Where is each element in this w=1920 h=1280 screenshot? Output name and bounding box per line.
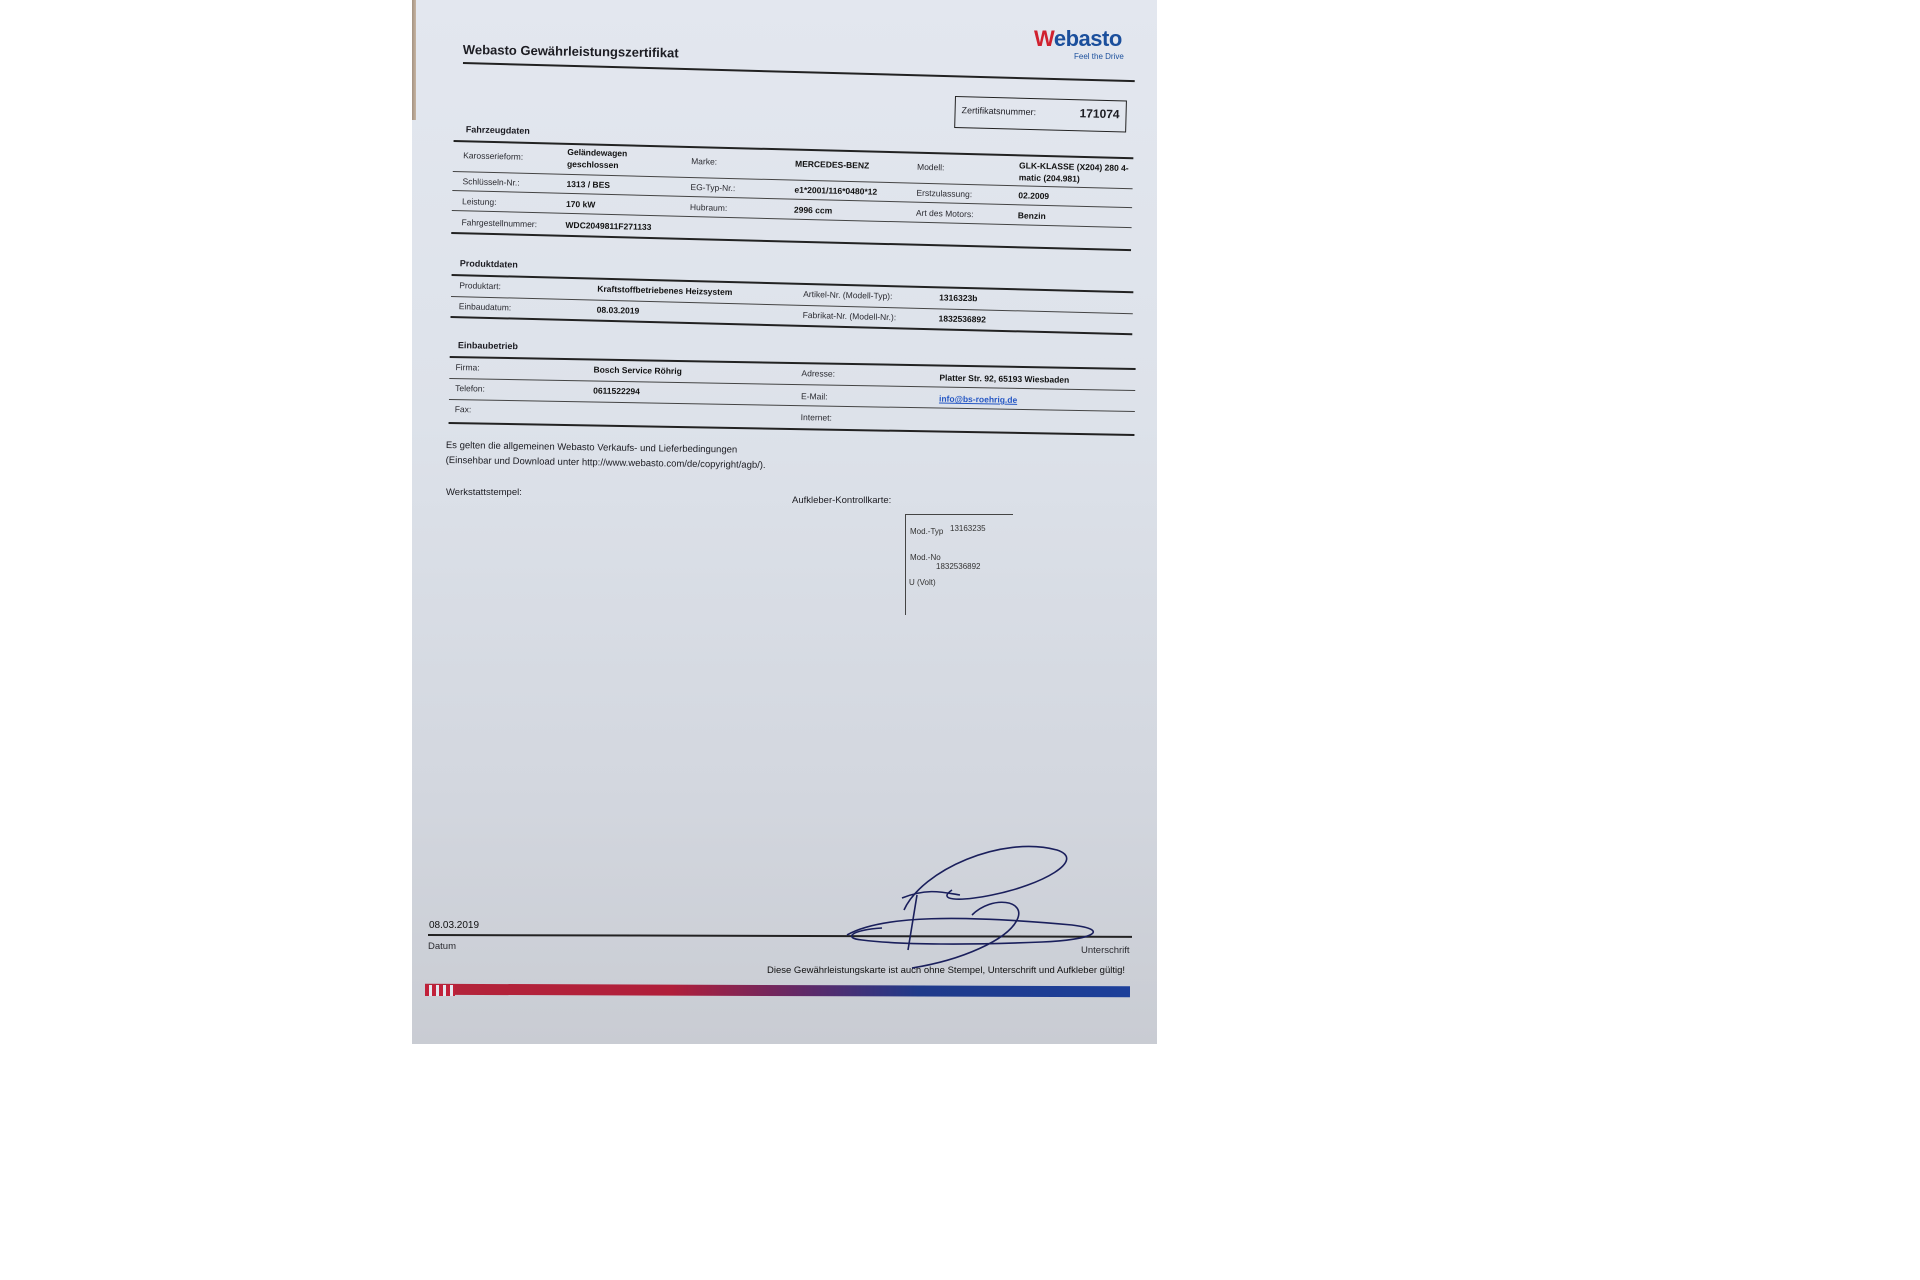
- section-end-rule: [451, 232, 1131, 251]
- field-value: Platter Str. 92, 65193 Wiesbaden: [939, 373, 1069, 385]
- page-edge-shadow: [412, 0, 416, 120]
- field-label: E-Mail:: [801, 391, 828, 401]
- brand-band-stripes: [425, 985, 455, 996]
- section-rule: [452, 274, 1134, 293]
- section-title: Produktdaten: [460, 258, 518, 269]
- mod-no-label: Mod.-No: [910, 553, 941, 562]
- field-label: Fabrikat-Nr. (Modell-Nr.):: [803, 310, 897, 322]
- field-label: Erstzulassung:: [916, 188, 972, 199]
- certificate-number: 171074: [1079, 106, 1119, 121]
- row-rule: [449, 399, 1135, 412]
- field-value: Geländewagen: [567, 147, 627, 159]
- section-einbaubetrieb: Einbaubetrieb Firma: Bosch Service Röhri…: [448, 340, 1136, 447]
- section-produktdaten: Produktdaten Produktart: Kraftstoffbetri…: [450, 258, 1134, 345]
- field-label: EG-Typ-Nr.:: [690, 182, 735, 193]
- field-value: 170 kW: [566, 199, 596, 210]
- signature-icon: [842, 840, 1142, 975]
- section-title: Fahrzeugdaten: [466, 124, 530, 136]
- warranty-certificate-document: Webasto Gewährleistungszertifikat Webast…: [412, 0, 1157, 1044]
- certificate-number-box: Zertifikatsnummer: 171074: [954, 96, 1127, 132]
- field-value: Benzin: [1018, 210, 1046, 221]
- mod-no-value: 1832536892: [936, 562, 981, 571]
- field-label: Fax:: [455, 404, 472, 414]
- certificate-number-label: Zertifikatsnummer:: [962, 105, 1037, 117]
- field-value: Bosch Service Röhrig: [593, 365, 682, 377]
- field-label: Einbaudatum:: [459, 301, 512, 312]
- workshop-stamp-label: Werkstattstempel:: [446, 485, 522, 500]
- mod-typ-value: 13163235: [950, 524, 986, 533]
- field-value: 0611522294: [593, 386, 640, 397]
- field-value: 2996 ccm: [794, 205, 833, 216]
- volt-label: U (Volt): [909, 578, 936, 587]
- field-label: Internet:: [801, 412, 832, 423]
- field-value: 1316323b: [939, 292, 978, 303]
- sticker-card-label: Aufkleber-Kontrollkarte:: [792, 493, 891, 508]
- field-label: Modell:: [917, 162, 945, 173]
- field-label: Leistung:: [462, 196, 497, 207]
- field-label: Adresse:: [801, 368, 835, 379]
- logo-w-icon: W: [1034, 26, 1054, 51]
- section-rule: [454, 140, 1134, 159]
- section-end-rule: [450, 316, 1132, 335]
- brand-color-band: [425, 984, 1130, 997]
- field-value: WDC2049811F271133: [565, 220, 651, 232]
- field-value: 1313 / BES: [566, 179, 610, 190]
- date-value: 08.03.2019: [429, 920, 479, 931]
- field-label: Artikel-Nr. (Modell-Typ):: [803, 289, 892, 301]
- section-end-rule: [449, 422, 1135, 435]
- field-label: Art des Motors:: [916, 208, 974, 219]
- field-label: Firma:: [455, 362, 479, 372]
- mod-typ-label: Mod.-Typ: [910, 527, 943, 536]
- field-value: geschlossen: [567, 159, 619, 170]
- row-rule: [451, 296, 1133, 314]
- field-label: Hubraum:: [690, 202, 728, 213]
- section-fahrzeugdaten: Fahrzeugdaten Karosserieform: Geländewag…: [451, 124, 1134, 256]
- field-value: 08.03.2019: [597, 305, 640, 316]
- field-value: 1832536892: [939, 313, 987, 324]
- field-value: MERCEDES-BENZ: [795, 159, 869, 171]
- date-label: Datum: [428, 941, 456, 952]
- email-link[interactable]: info@bs-roehrig.de: [939, 394, 1017, 405]
- field-value: e1*2001/116*0480*12: [794, 185, 877, 197]
- section-rule: [450, 356, 1136, 369]
- field-value: GLK-KLASSE (X204) 280 4-: [1019, 160, 1129, 173]
- field-label: Fahrgestellnummer:: [461, 217, 537, 229]
- field-label: Karosserieform:: [463, 150, 523, 162]
- field-label: Produktart:: [459, 280, 501, 291]
- logo-tagline: Feel the Drive: [1074, 52, 1124, 61]
- logo-text: ebasto: [1054, 26, 1122, 51]
- field-label: Schlüsseln-Nr.:: [462, 176, 519, 187]
- field-value: Kraftstoffbetriebenes Heizsystem: [597, 284, 732, 297]
- field-label: Marke:: [691, 156, 717, 167]
- sticker-control-card: Mod.-Typ 13163235 Mod.-No 1832536892 U (…: [905, 514, 1013, 615]
- field-label: Telefon:: [455, 383, 485, 394]
- field-value: matic (204.981): [1019, 172, 1080, 184]
- terms-note: Es gelten die allgemeinen Webasto Verkau…: [446, 438, 766, 473]
- field-value: 02.2009: [1018, 190, 1049, 201]
- section-title: Einbaubetrieb: [458, 340, 518, 351]
- document-title: Webasto Gewährleistungszertifikat: [463, 42, 679, 60]
- title-divider: [463, 62, 1135, 82]
- webasto-logo: Webasto: [1034, 26, 1122, 52]
